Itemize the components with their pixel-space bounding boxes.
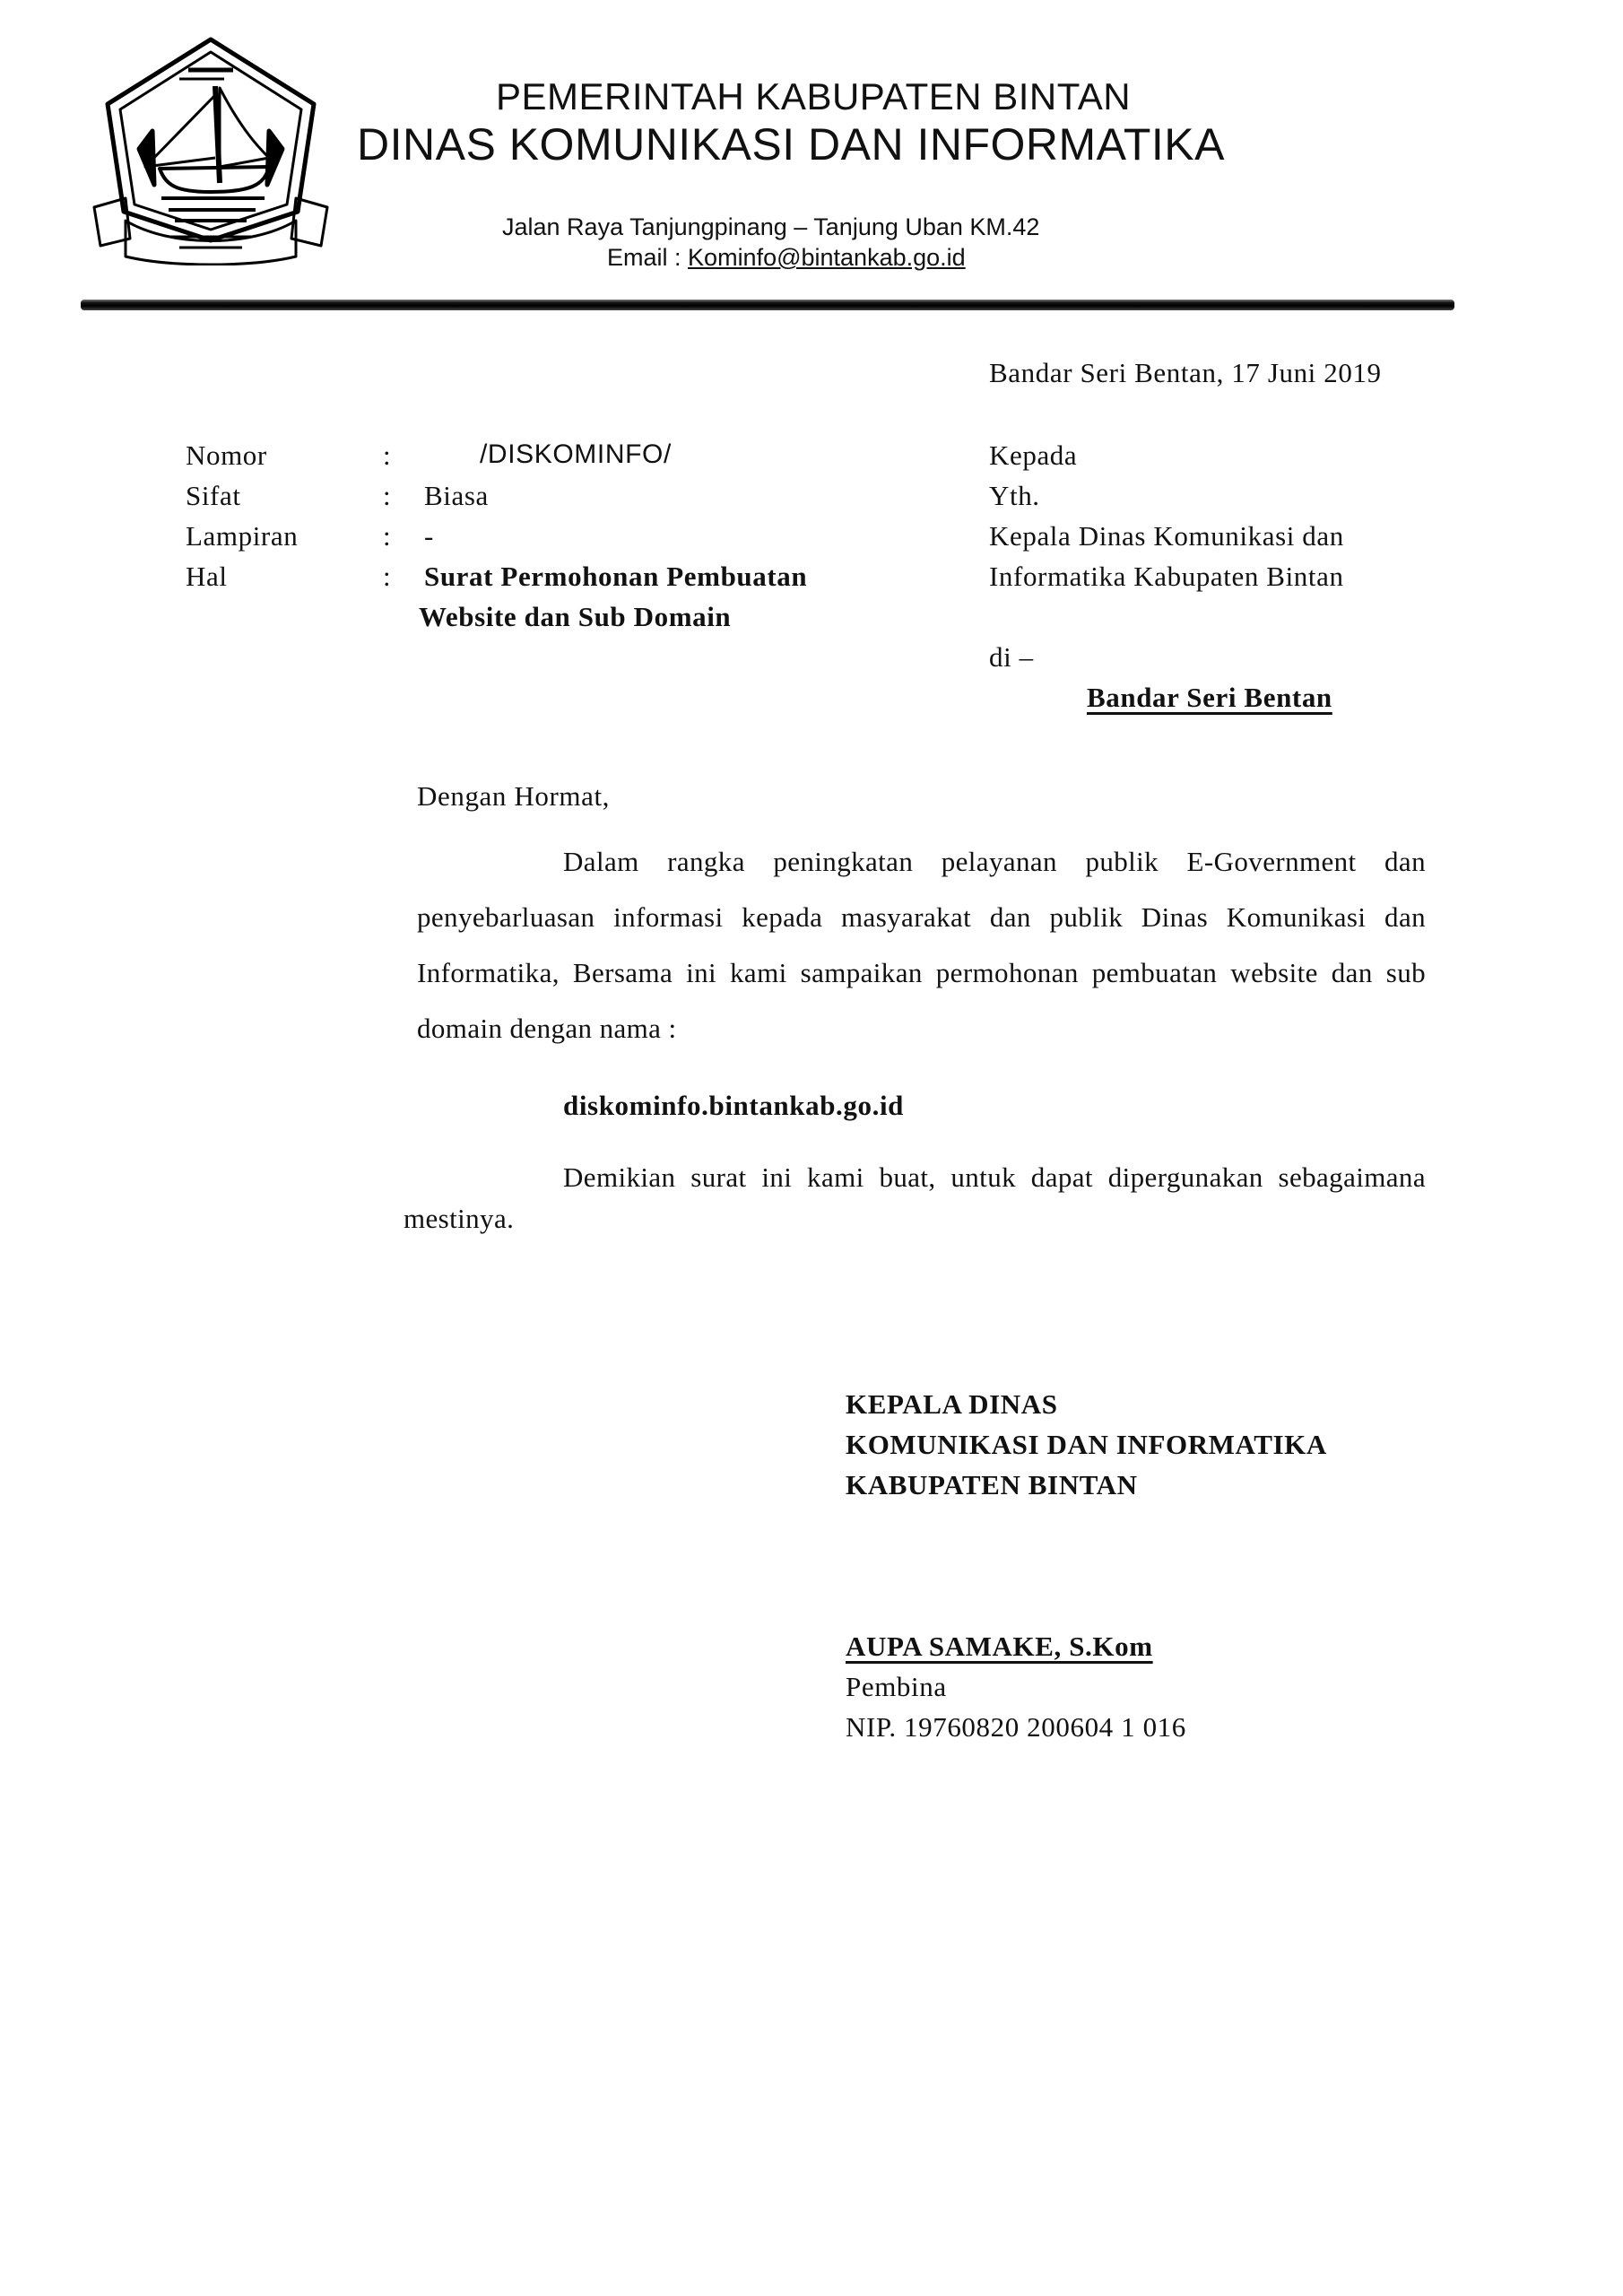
meta-label-sifat: Sifat [186, 480, 241, 512]
meta-label-hal: Hal [186, 561, 228, 593]
meta-value-lampiran: - [424, 520, 434, 552]
signatory-nip: NIP. 19760820 200604 1 016 [846, 1711, 1186, 1744]
signatory-rank: Pembina [846, 1671, 947, 1703]
meta-label-nomor: Nomor [186, 439, 267, 472]
recipient-line1: Kepala Dinas Komunikasi dan [989, 520, 1344, 552]
kabupaten-bintan-emblem-icon [90, 32, 332, 265]
body-paragraph: Dalam rangka peningkatan pelayanan publi… [417, 834, 1426, 1057]
salutation: Dengan Hormat, [417, 780, 610, 813]
recipient-to: Kepada [989, 439, 1077, 472]
recipient-place: Bandar Seri Bentan [1087, 682, 1332, 714]
signatory-name: AUPA SAMAKE, S.Kom [846, 1631, 1153, 1663]
letter-date: Bandar Seri Bentan, 17 Juni 2019 [989, 357, 1382, 389]
agency-name: DINAS KOMUNIKASI DAN INFORMATIKA [357, 118, 1225, 170]
recipient-yth: Yth. [989, 480, 1040, 512]
meta-label-lampiran: Lampiran [186, 520, 298, 552]
meta-value-sifat: Biasa [424, 480, 489, 512]
government-name: PEMERINTAH KABUPATEN BINTAN [496, 75, 1131, 118]
meta-value-nomor: /DISKOMINFO/ [480, 439, 672, 470]
email-link[interactable]: Kominfo@bintankab.go.id [688, 244, 966, 271]
recipient-di: di – [989, 641, 1034, 674]
recipient-line2: Informatika Kabupaten Bintan [989, 561, 1344, 593]
requested-domain: diskominfo.bintankab.go.id [563, 1090, 904, 1122]
meta-colon: : [383, 561, 391, 593]
meta-colon: : [383, 439, 391, 472]
signature-title-2: KOMUNIKASI DAN INFORMATIKA [846, 1429, 1327, 1461]
meta-value-hal: Surat Permohonan Pembuatan [424, 561, 807, 593]
office-email-line: Email : Kominfo@bintankab.go.id [607, 244, 966, 272]
meta-value-hal-line2: Website dan Sub Domain [419, 601, 731, 633]
letterhead-divider [81, 300, 1454, 310]
closing-paragraph: Demikian surat ini kami buat, untuk dapa… [404, 1157, 1426, 1239]
signature-title-1: KEPALA DINAS [846, 1388, 1058, 1421]
meta-colon: : [383, 520, 391, 552]
office-address: Jalan Raya Tanjungpinang – Tanjung Uban … [502, 213, 1039, 241]
email-label: Email : [607, 244, 681, 271]
signature-title-3: KABUPATEN BINTAN [846, 1469, 1138, 1501]
meta-colon: : [383, 480, 391, 512]
